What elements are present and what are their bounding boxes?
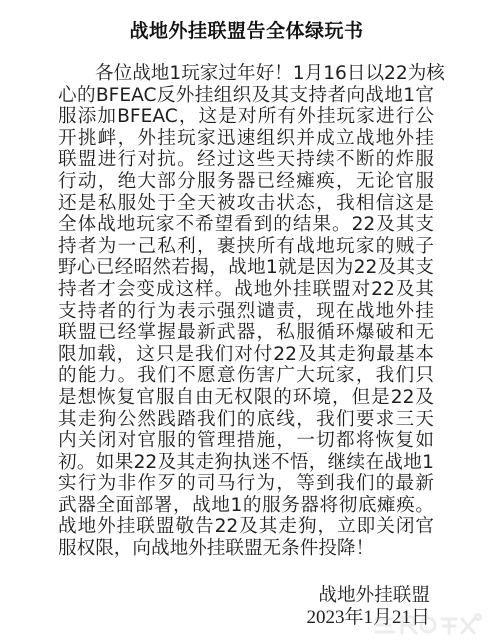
body-line: 限加载，这只是我们对付22及其走狗最基本 (58, 344, 434, 366)
body-line: 行动，绝大部分服务器已经瘫痪，无论官服 (58, 171, 434, 193)
document-body: 各位战地1玩家过年好！1月16日以22为核 心的BFEAC反外挂组织及其支持者向… (58, 63, 434, 560)
document-title: 战地外挂联盟告全体绿玩书 (0, 18, 493, 44)
body-line: 还是私服处于全天被攻击状态，我相信这是 (58, 193, 434, 215)
body-line: 开挑衅，外挂玩家迅速组织并成立战地外挂 (58, 128, 434, 150)
body-line: 服权限，向战地外挂联盟无条件投降！ (58, 538, 434, 560)
body-line: 战地外挂联盟敬告22及其走狗，立即关闭官 (58, 516, 434, 538)
body-line: 持者才会变成这样。战地外挂联盟对22及其 (58, 279, 434, 301)
body-line: 是想恢复官服自由无权限的环境，但是22及 (58, 387, 434, 409)
body-line: 心的BFEAC反外挂组织及其支持者向战地1官 (58, 85, 434, 107)
body-line: 持者为一己私利，裹挟所有战地玩家的贼子 (58, 236, 434, 258)
body-line: 实行为非作歹的司马行为，等到我们的最新 (58, 473, 434, 495)
body-line: 支持者的行为表示强烈谴责，现在战地外挂 (58, 301, 434, 323)
body-line: 各位战地1玩家过年好！1月16日以22为核 (58, 63, 434, 85)
body-line: 内关闭对官服的管理措施，一切都将恢复如 (58, 430, 434, 452)
body-line: 初。如果22及其走狗执迷不悟，继续在战地1 (58, 452, 434, 474)
body-line: 联盟进行对抗。经过这些天持续不断的炸服 (58, 149, 434, 171)
body-line: 服添加BFEAC，这是对所有外挂玩家进行公 (58, 106, 434, 128)
body-line: 全体战地玩家不希望看到的结果。22及其支 (58, 214, 434, 236)
body-line: 其走狗公然践踏我们的底线，我们要求三天 (58, 409, 434, 431)
body-line: 武器全面部署，战地1的服务器将彻底瘫痪。 (58, 495, 434, 517)
signature: 战地外挂联盟 (130, 585, 430, 607)
watermark-logo-icon (372, 613, 482, 637)
body-line: 野心已经昭然若揭，战地1就是因为22及其支 (58, 257, 434, 279)
body-line: 的能力。我们不愿意伤害广大玩家，我们只 (58, 365, 434, 387)
body-line: 联盟已经掌握最新武器，私服循环爆破和无 (58, 322, 434, 344)
